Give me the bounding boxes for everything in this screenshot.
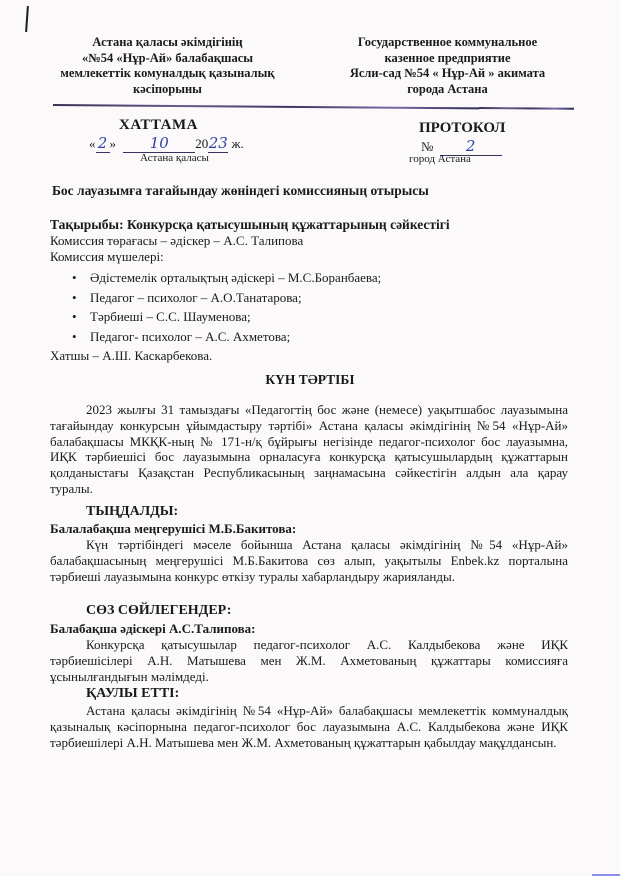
header-right-line: Ясли-сад №54 « Нұр-Ай » акимата bbox=[330, 66, 565, 82]
date-row: «2» 102023 ж. bbox=[89, 134, 244, 153]
year-unit: ж. bbox=[232, 136, 244, 151]
heard-speaker: Балалабақша меңгерушісі М.Б.Бакитова: bbox=[50, 521, 296, 537]
header-divider bbox=[53, 104, 479, 109]
city-russian: город Астана bbox=[409, 153, 471, 165]
protocol-title: ПРОТОКОЛ bbox=[419, 120, 505, 137]
handwritten-year: 23 bbox=[208, 134, 228, 153]
hattama-title: ХАТТАМА bbox=[119, 117, 198, 134]
agenda-text: 2023 жылғы 31 тамыздағы «Педагогтің бос … bbox=[50, 402, 568, 497]
member-item: Әдістемелік орталықтың әдіскері – М.С.Бо… bbox=[70, 268, 381, 288]
header-kazakh-org: Астана қаласы әкімдігінің «№54 «Нұр-Ай» … bbox=[55, 35, 280, 97]
handwritten-day: 2 bbox=[96, 134, 110, 153]
scanned-document-page: Астана қаласы әкімдігінің «№54 «Нұр-Ай» … bbox=[0, 0, 620, 876]
speaker-name: Балабақша әдіскері А.С.Талипова: bbox=[50, 621, 256, 637]
header-left-line: кәсіпорыны bbox=[55, 82, 280, 98]
member-item: Тәрбиеші – С.С. Шауменова; bbox=[70, 307, 381, 327]
header-left-line: «№54 «Нұр-Ай» балабақшасы bbox=[55, 51, 280, 67]
member-item: Педагог- психолог – А.С. Ахметова; bbox=[70, 327, 381, 347]
members-list: Әдістемелік орталықтың әдіскері – М.С.Бо… bbox=[70, 268, 381, 346]
speakers-heading: СӨЗ СӨЙЛЕГЕНДЕР: bbox=[86, 603, 231, 619]
header-right-line: казенное предприятие bbox=[330, 51, 565, 67]
city-kazakh: Астана қаласы bbox=[140, 152, 209, 164]
header-left-line: мемлекеттік комуналдық қазыналық bbox=[55, 66, 280, 82]
year-prefix: 20 bbox=[195, 136, 208, 151]
scan-corner-mark bbox=[25, 6, 29, 32]
header-divider-right bbox=[479, 107, 574, 110]
handwritten-month: 10 bbox=[123, 134, 195, 153]
decision-heading: ҚАУЛЫ ЕТТІ: bbox=[86, 686, 179, 702]
heard-text: Күн тәртібіндегі мәселе бойынша Астана қ… bbox=[50, 537, 568, 584]
heard-heading: ТЫҢДАЛДЫ: bbox=[86, 504, 178, 520]
commission-chair: Комиссия төрағасы – әдіскер – А.С. Талип… bbox=[50, 233, 570, 249]
member-item: Педагог – психолог – А.О.Танатарова; bbox=[70, 288, 381, 308]
close-quote: » bbox=[110, 136, 117, 151]
header-russian-org: Государственное коммунальное казенное пр… bbox=[330, 35, 565, 97]
header-left-line: Астана қаласы әкімдігінің bbox=[55, 35, 280, 51]
secretary: Хатшы – А.Ш. Каскарбекова. bbox=[50, 348, 570, 364]
speaker-text: Конкурсқа қатысушылар педагог-психолог А… bbox=[50, 637, 568, 684]
header-right-line: города Астана bbox=[330, 82, 565, 98]
agenda-title: КҮН ТӘРТІБІ bbox=[0, 372, 620, 388]
number-sign: № bbox=[421, 139, 433, 154]
topic-line: Тақырыбы: Конкурсқа қатысушының құжаттар… bbox=[50, 217, 570, 233]
meeting-title: Бос лауазымға тағайындау жөніндегі комис… bbox=[52, 183, 429, 199]
members-label: Комиссия мүшелері: bbox=[50, 249, 570, 265]
decision-text: Астана қаласы әкімдігінің №54 «Нұр-Ай» б… bbox=[50, 703, 568, 750]
header-right-line: Государственное коммунальное bbox=[330, 35, 565, 51]
